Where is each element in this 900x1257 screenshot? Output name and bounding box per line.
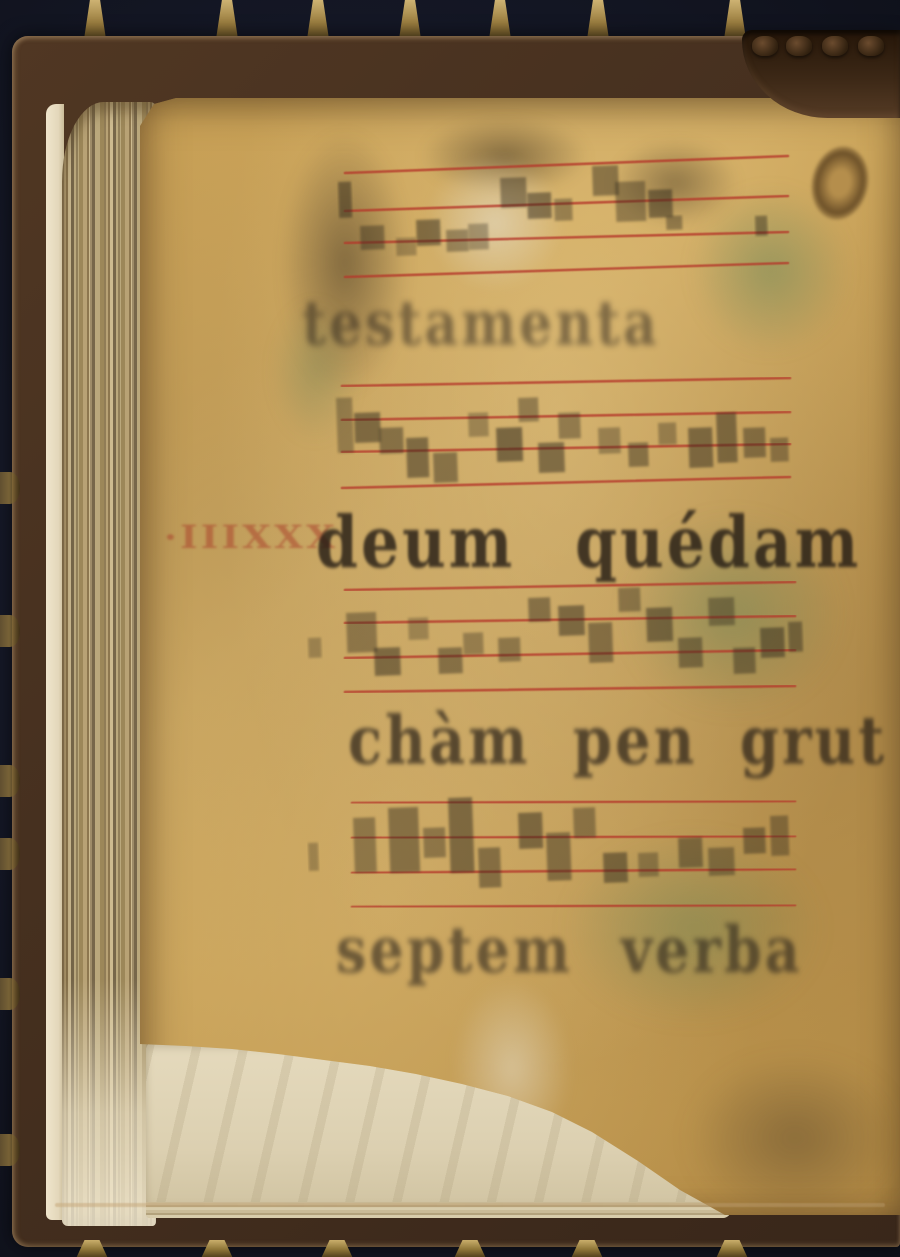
- parchment-hole: [805, 141, 875, 225]
- board-bevel-highlight: [55, 1203, 885, 1207]
- spine-band: [822, 36, 848, 56]
- manuscript-photo: ·IIIXXX testamenta deum quédam chàm pen …: [0, 0, 900, 1257]
- clasp-fitting: [0, 1134, 20, 1166]
- parchment-page: ·IIIXXX testamenta deum quédam chàm pen …: [140, 98, 900, 1215]
- clasp-fitting: [0, 838, 20, 870]
- folio-number-rubric: ·IIIXXX: [164, 518, 338, 556]
- green-pigment-stain: [618, 508, 848, 718]
- clasp-fitting: [0, 472, 20, 504]
- gothic-text-line: deum quédam: [316, 502, 861, 585]
- ink-smudge-stain: [420, 116, 590, 196]
- green-pigment-stain: [270, 296, 360, 446]
- spine-band: [786, 36, 812, 56]
- green-pigment-stain: [688, 183, 853, 358]
- dark-stain: [685, 1053, 900, 1223]
- spine-band: [752, 36, 778, 56]
- clasp-fitting: [0, 615, 20, 647]
- ink-smudge-stain: [610, 138, 740, 228]
- gothic-text-line: chàm pen grut: [348, 702, 887, 780]
- spine-band: [858, 36, 884, 56]
- clasp-fitting: [0, 765, 20, 797]
- ink-smudge-stain: [280, 128, 410, 398]
- gothic-text-line: septem verba: [336, 912, 803, 988]
- clasp-fitting: [0, 978, 20, 1010]
- gothic-text-line: testamenta: [302, 288, 660, 360]
- green-pigment-stain: [558, 828, 828, 1028]
- scuff-stain: [420, 148, 570, 298]
